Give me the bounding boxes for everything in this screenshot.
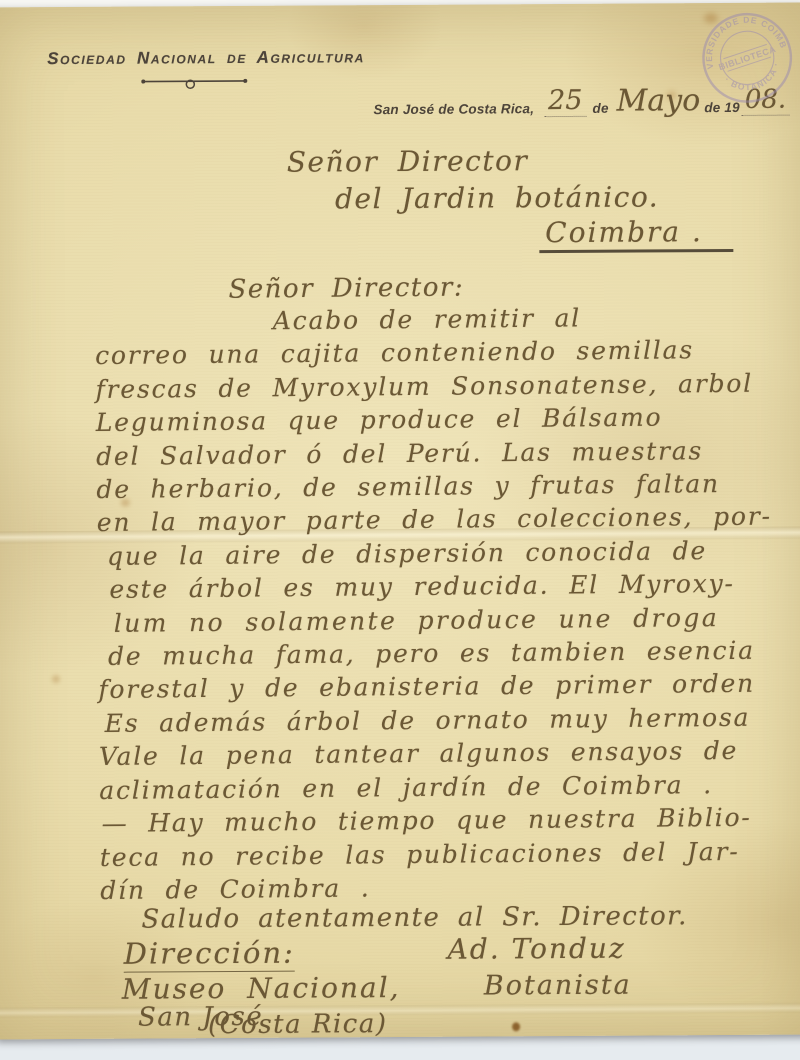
letterhead-flourish-icon bbox=[138, 74, 250, 93]
handwritten-line: teca no recibe las publicaciones del Jar… bbox=[100, 834, 760, 874]
handwritten-line: — Hay mucho tiempo que nuestra Biblio- bbox=[101, 801, 759, 841]
dateline-month: Mayo bbox=[617, 83, 701, 119]
closing-salute: Saludo atentamente al Sr. Director. bbox=[141, 901, 688, 934]
fold-crease bbox=[0, 1003, 800, 1018]
dateline-day: 25 bbox=[544, 85, 587, 117]
letter-paper: Sociedad Nacional de Agricultura San Jos… bbox=[0, 3, 800, 1040]
recipient-line: del Jardin botánico. bbox=[335, 180, 733, 215]
sender-org: Museo Nacional, bbox=[122, 971, 401, 1006]
letter-body: Señor Director: Acabo de remitir al corr… bbox=[94, 270, 760, 908]
dateline-place: San José de Costa Rica, bbox=[373, 101, 534, 117]
stain-spot bbox=[52, 675, 60, 683]
recipient-line: Señor Director bbox=[287, 143, 733, 179]
handwritten-line: Acabo de remitir al bbox=[273, 300, 755, 338]
direccion-label: Dirección: bbox=[124, 936, 295, 973]
recipient-address-block: Señor Director del Jardin botánico. Coim… bbox=[287, 143, 733, 255]
library-stamp: UNIVERSIDADE DE COIMBRA · BOTANICA · BIB… bbox=[690, 1, 800, 116]
dateline-de: de bbox=[592, 101, 608, 116]
recipient-city-underlined: Coimbra . bbox=[539, 215, 733, 253]
letterhead-organization: Sociedad Nacional de Agricultura bbox=[47, 47, 365, 69]
letter-scan-page: { "letterhead": { "organization": "Socie… bbox=[0, 0, 800, 1060]
stain-spot bbox=[512, 1022, 520, 1031]
signature: Ad. Tonduz bbox=[448, 932, 626, 966]
sender-country: (Costa Rica) bbox=[208, 1009, 388, 1040]
signer-role: Botanista bbox=[484, 970, 632, 1002]
